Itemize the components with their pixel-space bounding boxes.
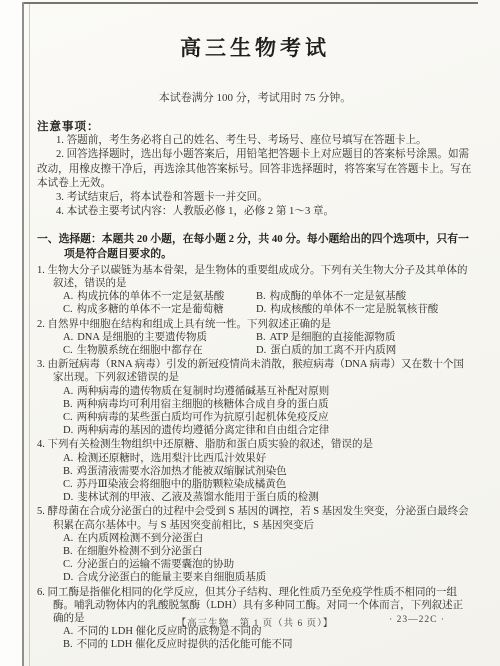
option-label: B. <box>63 546 73 557</box>
option-text: 分泌蛋白的运输不需要囊泡的协助 <box>77 559 235 570</box>
exam-paper-page: 高三生物考试 本试卷满分 100 分，考试用时 75 分钟。 注意事项： 1. … <box>0 0 500 666</box>
question-number: 6. <box>37 587 45 598</box>
option-label: D. <box>256 304 266 315</box>
option-b: B.鸡蛋清液需要水浴加热才能被双缩脲试剂染色 <box>63 465 473 478</box>
options: A.DNA 是细胞的主要遗传物质 B.ATP 是细胞的直接能源物质 C.生物膜系… <box>37 331 473 357</box>
question-text: 自然界中细胞在结构和组成上具有统一性。下列叙述正确的是 <box>48 319 332 330</box>
question-stem: 1. 生物大分子以碳链为基本骨架，是生物体的重要组成成分。下列有关生物大分子及其… <box>37 264 473 290</box>
option-label: B. <box>63 639 73 650</box>
option-label: D. <box>63 492 73 503</box>
option-text: 构成酶的单体不一定是氨基酸 <box>270 291 407 302</box>
option-label: A. <box>63 453 73 464</box>
option-text: 两种病毒均可利用宿主细胞的核糖体合成自身的蛋白质 <box>77 399 329 410</box>
option-label: C. <box>63 304 73 315</box>
option-text: 构成多糖的单体不一定是葡萄糖 <box>77 304 224 315</box>
page-footer: 【高三生物 第 1 页（共 6 页）】 · 23—22C · <box>37 615 473 629</box>
option-text: 不同的 LDH 催化反应时提供的活化能可能不同 <box>77 639 293 650</box>
option-c: C.苏丹Ⅲ染液会将细胞中的脂肪颗粒染成橘黄色 <box>63 478 473 491</box>
option-text: 在细胞外检测不到分泌蛋白 <box>77 546 203 557</box>
options: A.检测还原糖时，选用梨汁比西瓜汁效果好 B.鸡蛋清液需要水浴加热才能被双缩脲试… <box>37 452 473 505</box>
option-label: D. <box>256 345 266 356</box>
option-label: A. <box>63 291 73 302</box>
option-a: A.DNA 是细胞的主要遗传物质 <box>63 331 256 344</box>
option-text: 鸡蛋清液需要水浴加热才能被双缩脲试剂染色 <box>77 466 287 477</box>
exam-title: 高三生物考试 <box>37 32 473 62</box>
exam-subtitle: 本试卷满分 100 分，考试用时 75 分钟。 <box>37 89 473 105</box>
notice-item-1: 1. 答题前，考生务必将自己的姓名、考生号、考场号、座位号填写在答题卡上。 <box>37 134 473 148</box>
option-a: A.构成抗体的单体不一定是氨基酸 <box>63 290 256 303</box>
option-b: B.ATP 是细胞的直接能源物质 <box>256 331 473 344</box>
question-text: 下列有关检测生物组织中还原糖、脂肪和蛋白质实验的叙述，错误的是 <box>48 439 374 450</box>
option-label: C. <box>63 479 73 490</box>
option-b: B.不同的 LDH 催化反应时提供的活化能可能不同 <box>63 638 473 651</box>
question-5: 5. 酵母菌在合成分泌蛋白的过程中会受到 S 基因的调控，若 S 基因发生突变，… <box>37 505 473 584</box>
page-frame-left-line <box>22 2 24 666</box>
option-label: D. <box>63 572 73 583</box>
option-d: D.蛋白质的加工离不开内质网 <box>256 344 473 357</box>
option-text: 构成核酸的单体不一定是脱氧核苷酸 <box>270 304 438 315</box>
question-2: 2. 自然界中细胞在结构和组成上具有统一性。下列叙述正确的是 A.DNA 是细胞… <box>37 318 473 358</box>
scan-gutter <box>0 0 22 666</box>
question-number: 3. <box>37 359 45 370</box>
option-label: C. <box>63 412 73 423</box>
section-header-choice: 一、选择题：本题共 20 小题，在每小题 2 分，共 40 分。每小题给出的四个… <box>37 232 473 262</box>
option-text: 两种病毒的遗传物质在复制时均遵循碱基互补配对原则 <box>77 386 329 397</box>
question-number: 2. <box>37 319 45 330</box>
option-text: 两种病毒的基因的遗传均遵循分离定律和自由组合定律 <box>77 425 329 436</box>
question-4: 4. 下列有关检测生物组织中还原糖、脂肪和蛋白质实验的叙述，错误的是 A.检测还… <box>37 438 473 504</box>
page-frame-top-line <box>22 2 478 4</box>
paper-content: 高三生物考试 本试卷满分 100 分，考试用时 75 分钟。 注意事项： 1. … <box>37 26 473 653</box>
option-d: D.斐林试剂的甲液、乙液及蒸馏水能用于蛋白质的检测 <box>63 491 473 504</box>
option-label: A. <box>63 533 73 544</box>
options: A.在内质网检测不到分泌蛋白 B.在细胞外检测不到分泌蛋白 C.分泌蛋白的运输不… <box>37 532 473 585</box>
notice-heading: 注意事项： <box>37 118 473 134</box>
option-d: D.两种病毒的基因的遗传均遵循分离定律和自由组合定律 <box>63 424 473 437</box>
option-label: C. <box>63 559 73 570</box>
question-stem: 2. 自然界中细胞在结构和组成上具有统一性。下列叙述正确的是 <box>37 318 473 331</box>
notice-item-3: 3. 考试结束后，将本试卷和答题卡一并交回。 <box>37 191 473 205</box>
option-label: A. <box>63 386 73 397</box>
options: A.构成抗体的单体不一定是氨基酸 B.构成酶的单体不一定是氨基酸 C.构成多糖的… <box>37 290 473 316</box>
option-text: 构成抗体的单体不一定是氨基酸 <box>77 291 224 302</box>
option-text: DNA 是细胞的主要遗传物质 <box>77 332 207 343</box>
question-3: 3. 由新冠病毒（RNA 病毒）引发的新冠疫情尚未消散，猴痘病毒（DNA 病毒）… <box>37 358 473 437</box>
question-text: 生物大分子以碳链为基本骨架，是生物体的重要组成成分。下列有关生物大分子及其单体的… <box>48 265 468 289</box>
option-c: C.分泌蛋白的运输不需要囊泡的协助 <box>63 558 473 571</box>
option-text: ATP 是细胞的直接能源物质 <box>270 332 396 343</box>
option-c: C.生物膜系统在细胞中都存在 <box>63 344 256 357</box>
option-text: 检测还原糖时，选用梨汁比西瓜汁效果好 <box>77 453 266 464</box>
footer-paper-code: · 23—22C · <box>389 615 445 625</box>
option-d: D.构成核酸的单体不一定是脱氧核苷酸 <box>256 303 473 316</box>
option-label: B. <box>256 332 266 343</box>
options: A.不同的 LDH 催化反应时的底物是不同的 B.不同的 LDH 催化反应时提供… <box>37 625 473 651</box>
options: A.两种病毒的遗传物质在复制时均遵循碱基互补配对原则 B.两种病毒均可利用宿主细… <box>37 385 473 438</box>
option-label: B. <box>63 466 73 477</box>
option-text: 在内质网检测不到分泌蛋白 <box>77 533 203 544</box>
option-label: B. <box>63 399 73 410</box>
notice-item-2: 2. 回答选择题时，选出每小题答案后，用铅笔把答题卡上对应题目的答案标号涂黑。如… <box>37 148 473 191</box>
question-stem: 4. 下列有关检测生物组织中还原糖、脂肪和蛋白质实验的叙述，错误的是 <box>37 438 473 451</box>
option-d: D.合成分泌蛋白的能量主要来自细胞质基质 <box>63 571 473 584</box>
option-b: B.构成酶的单体不一定是氨基酸 <box>256 290 473 303</box>
question-stem: 3. 由新冠病毒（RNA 病毒）引发的新冠疫情尚未消散，猴痘病毒（DNA 病毒）… <box>37 358 473 384</box>
question-text: 酵母菌在合成分泌蛋白的过程中会受到 S 基因的调控，若 S 基因发生突变，分泌蛋… <box>48 506 469 530</box>
option-text: 生物膜系统在细胞中都存在 <box>77 345 203 356</box>
page-frame-left-inner-line <box>29 4 30 666</box>
question-number: 5. <box>37 506 45 517</box>
option-text: 合成分泌蛋白的能量主要来自细胞质基质 <box>77 572 266 583</box>
option-label: A. <box>63 332 73 343</box>
option-label: B. <box>256 291 266 302</box>
option-label: C. <box>63 345 73 356</box>
option-b: B.两种病毒均可利用宿主细胞的核糖体合成自身的蛋白质 <box>63 398 473 411</box>
question-stem: 5. 酵母菌在合成分泌蛋白的过程中会受到 S 基因的调控，若 S 基因发生突变，… <box>37 505 473 531</box>
question-number: 1. <box>37 265 45 276</box>
option-a: A.检测还原糖时，选用梨汁比西瓜汁效果好 <box>63 452 473 465</box>
option-a: A.两种病毒的遗传物质在复制时均遵循碱基互补配对原则 <box>63 385 473 398</box>
option-c: C.两种病毒的某些蛋白质均可作为抗原引起机体免疫反应 <box>63 411 473 424</box>
option-text: 苏丹Ⅲ染液会将细胞中的脂肪颗粒染成橘黄色 <box>77 479 287 490</box>
question-text: 由新冠病毒（RNA 病毒）引发的新冠疫情尚未消散，猴痘病毒（DNA 病毒）又在数… <box>48 359 465 383</box>
option-b: B.在细胞外检测不到分泌蛋白 <box>63 545 473 558</box>
option-a: A.在内质网检测不到分泌蛋白 <box>63 532 473 545</box>
option-text: 蛋白质的加工离不开内质网 <box>270 345 396 356</box>
option-label: D. <box>63 425 73 436</box>
option-text: 两种病毒的某些蛋白质均可作为抗原引起机体免疫反应 <box>77 412 329 423</box>
question-1: 1. 生物大分子以碳链为基本骨架，是生物体的重要组成成分。下列有关生物大分子及其… <box>37 264 473 317</box>
option-text: 斐林试剂的甲液、乙液及蒸馏水能用于蛋白质的检测 <box>77 492 319 503</box>
notice-item-4: 4. 本试卷主要考试内容：人教版必修 1，必修 2 第 1～3 章。 <box>37 205 473 219</box>
question-number: 4. <box>37 439 45 450</box>
option-c: C.构成多糖的单体不一定是葡萄糖 <box>63 303 256 316</box>
